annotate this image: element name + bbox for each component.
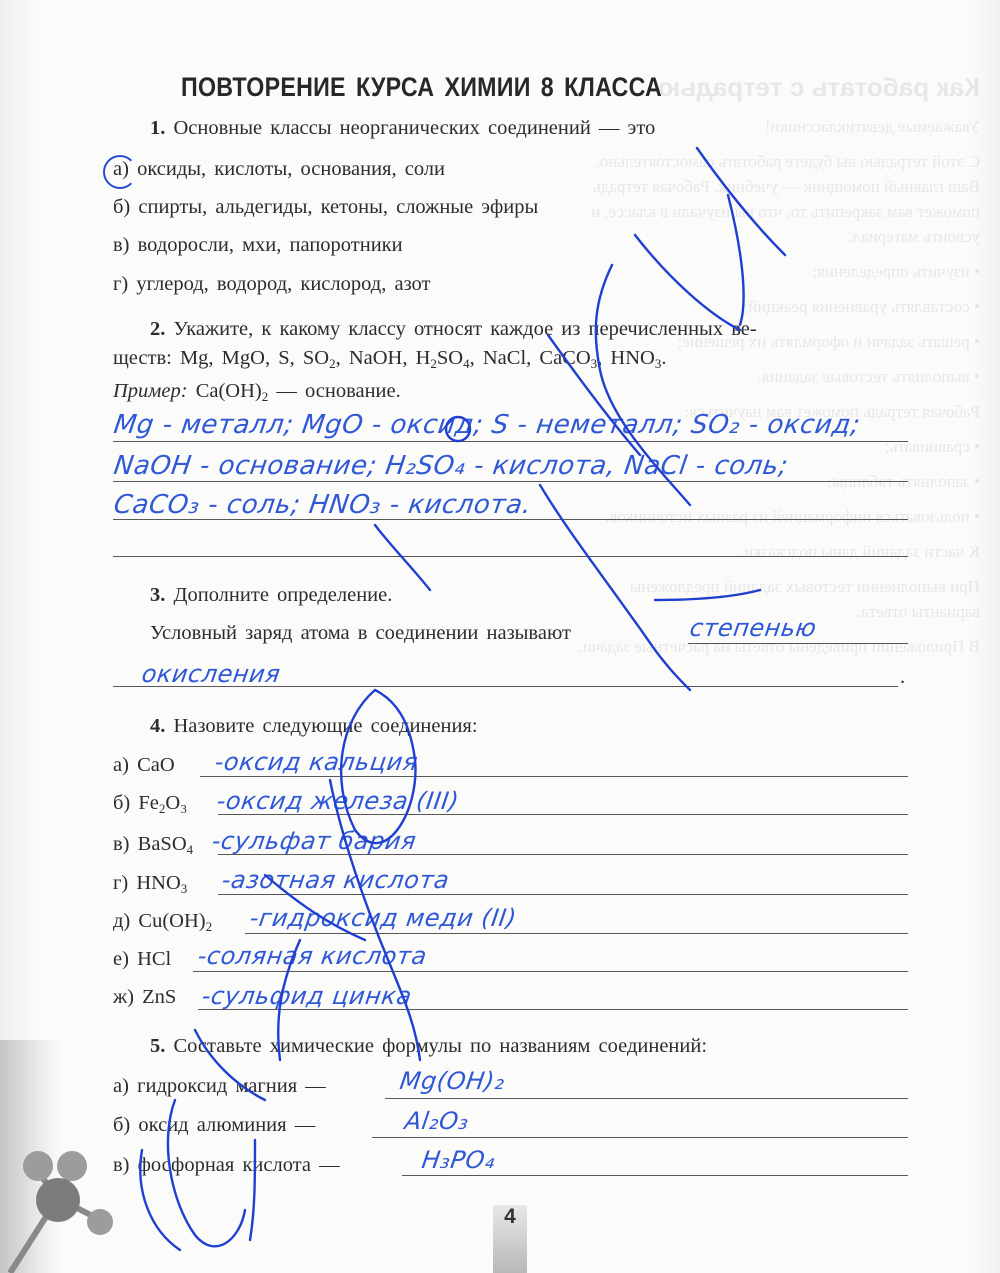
- q5-answer-b[interactable]: Al₂O₃: [403, 1107, 471, 1135]
- q3-answer-part1[interactable]: степенью: [688, 614, 818, 642]
- q2-text-part: , NaCl, CaCO: [470, 347, 591, 369]
- q4-answer-f[interactable]: -соляная кислота: [196, 942, 429, 970]
- option-letter: в): [113, 234, 130, 256]
- q4-item-e: д) Cu(OH)2: [113, 910, 212, 933]
- q3-sentence: Условный заряд атома в соединении называ…: [150, 622, 571, 645]
- q4-item-g: ж) ZnS: [113, 986, 176, 1009]
- item-formula: HCl: [137, 948, 171, 970]
- q2-answer-line-2[interactable]: NaOH - основание; H₂SO₄ - кислота, NaCl …: [112, 451, 790, 481]
- q2-text: Укажите, к какому классу относят каждое …: [174, 318, 757, 340]
- q5-prompt: 5. Составьте химические формулы по назва…: [150, 1035, 707, 1058]
- q5-number: 5.: [150, 1035, 165, 1057]
- answer-line: [385, 1098, 908, 1099]
- example-formula: Ca(OH): [196, 380, 262, 402]
- item-letter: в): [113, 833, 130, 855]
- q2-text-part: SO: [437, 347, 463, 369]
- q3-end-period: .: [900, 666, 905, 689]
- q2-text-part: , NaOH, H: [336, 347, 431, 369]
- item-letter: б): [113, 792, 130, 814]
- subscript: 3: [181, 881, 188, 896]
- answer-line: [688, 643, 908, 644]
- q4-answer-e[interactable]: -гидроксид меди (II): [248, 904, 518, 932]
- q2-answer-line-3[interactable]: CaCO₃ - соль; HNO₃ - кислота.: [112, 490, 533, 520]
- q2-number: 2.: [150, 318, 165, 340]
- q2-prompt-line2: ществ: Mg, MgO, S, SO2, NaOH, H2SO4, NaC…: [113, 347, 666, 370]
- answer-line: [372, 1137, 908, 1138]
- q4-answer-b[interactable]: -оксид железа (III): [215, 787, 461, 815]
- item-name: оксид алюминия —: [138, 1114, 315, 1136]
- answer-line: [200, 776, 908, 777]
- q5-answer-c[interactable]: H₃PO₄: [420, 1146, 497, 1174]
- q2-example: Пример: Ca(OH)2 — основание.: [113, 380, 401, 403]
- q4-answer-a[interactable]: -оксид кальция: [213, 748, 420, 776]
- q1-option-b[interactable]: б) спирты, альдегиды, кетоны, сложные эф…: [113, 196, 538, 219]
- item-formula-tail: O₃: [165, 792, 187, 814]
- option-text: оксиды, кислоты, основания, соли: [137, 158, 445, 180]
- q4-item-f: е) HCl: [113, 948, 171, 971]
- item-formula: Fe: [138, 792, 159, 814]
- page-number: 4: [493, 1205, 527, 1229]
- q4-item-d: г) HNO3: [113, 872, 187, 895]
- answer-line: [113, 481, 908, 482]
- item-letter: а): [113, 1075, 129, 1097]
- item-letter: ж): [113, 986, 134, 1008]
- answer-line: [218, 894, 908, 895]
- q2-prompt-line1: 2. Укажите, к какому классу относят кажд…: [150, 318, 757, 341]
- option-letter: а): [113, 158, 129, 180]
- q4-number: 4.: [150, 715, 165, 737]
- answer-line: [245, 933, 908, 934]
- q4-item-a: а) CaO: [113, 754, 175, 777]
- item-letter: д): [113, 910, 130, 932]
- q1-text: Основные классы неорганических соединени…: [174, 117, 656, 139]
- item-letter: г): [113, 872, 128, 894]
- q2-text-part: ществ: Mg, MgO, S, SO: [113, 347, 329, 369]
- item-formula: BaSO: [138, 833, 187, 855]
- option-text: водоросли, мхи, папоротники: [138, 234, 403, 256]
- q3-prompt: 3. Дополните определение.: [150, 584, 392, 607]
- q4-text: Назовите следующие соединения:: [174, 715, 478, 737]
- q1-option-c[interactable]: в) водоросли, мхи, папоротники: [113, 234, 403, 257]
- answer-line: [113, 686, 898, 687]
- page-title: ПОВТОРЕНИЕ КУРСА ХИМИИ 8 КЛАССА: [181, 72, 662, 103]
- q5-item-b: б) оксид алюминия —: [113, 1114, 315, 1137]
- item-letter: е): [113, 948, 129, 970]
- q1-option-d[interactable]: г) углерод, водород, кислород, азот: [113, 273, 431, 296]
- molecule-icon: [0, 1150, 170, 1273]
- option-text: спирты, альдегиды, кетоны, сложные эфиры: [138, 196, 538, 218]
- q4-item-c: в) BaSO4: [113, 833, 193, 856]
- example-label: Пример:: [113, 380, 188, 402]
- q5-item-a: а) гидроксид магния —: [113, 1075, 326, 1098]
- item-name: гидроксид магния —: [137, 1075, 326, 1097]
- item-formula: Cu(OH): [138, 910, 205, 932]
- item-letter: а): [113, 754, 129, 776]
- option-letter: г): [113, 273, 128, 295]
- q5-text: Составьте химические формулы по названия…: [174, 1035, 708, 1057]
- q1-option-a[interactable]: а) оксиды, кислоты, основания, соли: [113, 158, 445, 181]
- answer-line: [402, 1175, 908, 1176]
- option-text: углерод, водород, кислород, азот: [136, 273, 430, 295]
- answer-line: [113, 441, 908, 442]
- q4-answer-c[interactable]: -сульфат бария: [210, 827, 418, 855]
- answer-line: [193, 971, 908, 972]
- item-formula: HNO: [136, 872, 180, 894]
- option-letter: б): [113, 196, 130, 218]
- answer-line: [218, 814, 908, 815]
- q3-answer-part2[interactable]: окисления: [140, 660, 282, 688]
- answer-line: [113, 556, 908, 557]
- subscript: 2: [206, 919, 213, 934]
- q1-prompt: 1. Основные классы неорганических соедин…: [150, 117, 655, 140]
- page-number-tab: 4: [493, 1205, 527, 1273]
- q4-answer-g[interactable]: -сульфид цинка: [200, 982, 414, 1010]
- answer-line: [218, 854, 908, 855]
- q4-item-b: б) Fe2O₃: [113, 792, 187, 815]
- q1-number: 1.: [150, 117, 165, 139]
- example-text: — основание.: [268, 380, 401, 402]
- answer-line: [198, 1009, 908, 1010]
- q5-answer-a[interactable]: Mg(OH)₂: [398, 1067, 507, 1095]
- q3-text: Дополните определение.: [174, 584, 393, 606]
- q2-text-part: , HNO: [597, 347, 655, 369]
- answer-line: [113, 519, 908, 520]
- q3-number: 3.: [150, 584, 165, 606]
- subscript: 4: [187, 842, 194, 857]
- q4-prompt: 4. Назовите следующие соединения:: [150, 715, 478, 738]
- q2-answer-line-1[interactable]: Mg - металл; MgO - оксид; S - неметалл; …: [112, 410, 862, 440]
- q2-text-part: .: [661, 347, 666, 369]
- item-letter: б): [113, 1114, 130, 1136]
- q4-answer-d[interactable]: -азотная кислота: [220, 866, 451, 894]
- item-formula: ZnS: [142, 986, 176, 1008]
- item-formula: CaO: [137, 754, 175, 776]
